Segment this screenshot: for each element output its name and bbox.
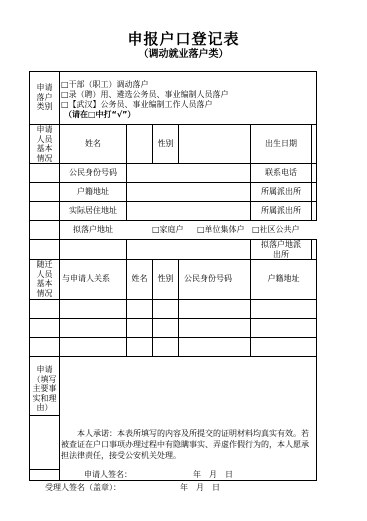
category-options: □干部（职工）调动落户 □录（聘）用、遴选公务员、事业编制人员落户 □【武汉】公… <box>61 80 229 120</box>
category-option-transfer[interactable]: □干部（职工）调动落户 <box>61 80 229 90</box>
table-right-border-bottom <box>316 239 317 481</box>
table-bottom-border <box>29 480 317 481</box>
col-line <box>311 239 312 259</box>
huji-address-field[interactable] <box>127 183 250 201</box>
target-type-unit[interactable]: □单位集体户 <box>197 225 245 235</box>
target-police-label: 拟落户地派出所 <box>251 240 311 259</box>
applicant-signature-label: 申请人签名： <box>84 470 132 480</box>
category-option-wuhan[interactable]: □【武汉】公务员、事业编制工作人员落户 <box>61 100 229 110</box>
row-line <box>29 469 59 470</box>
applicant-signature-field[interactable] <box>128 468 188 480</box>
reason-label: 申请（填写主要事实和理由） <box>30 365 59 413</box>
applicant-date: 年 月 日 <box>193 470 233 480</box>
page-subtitle: （调动就业落户类） <box>0 45 367 60</box>
col-header-id: 公民身份号码 <box>184 274 232 284</box>
pledge-text: 本人承诺：本表所填写的内容及所提交的证明材料均真实有效。若被查证在户口事项办理过… <box>61 428 314 461</box>
residence-address-field[interactable] <box>127 202 250 220</box>
family-row-2[interactable] <box>60 319 316 337</box>
receiver-signature-label: 受理人签名（盖章）： <box>45 483 121 493</box>
col-header-huji: 户籍地址 <box>251 274 316 284</box>
category-option-hire[interactable]: □录（聘）用、遴选公务员、事业编制人员落户 <box>61 90 229 100</box>
name-label: 姓名 <box>60 139 126 149</box>
family-row-1[interactable] <box>60 300 316 318</box>
family-row-3[interactable] <box>60 338 316 356</box>
row-line <box>29 220 317 221</box>
row-line <box>29 415 59 416</box>
row-line <box>29 259 317 260</box>
row-line <box>29 124 317 125</box>
birth-date-label: 出生日期 <box>251 139 311 149</box>
label-col-divider <box>59 71 60 481</box>
reason-field[interactable] <box>60 357 316 407</box>
target-type-family[interactable]: □家庭户 <box>152 225 184 235</box>
col-header-relation: 与申请人关系 <box>62 274 110 284</box>
residence-police-label: 所属派出所 <box>251 206 311 216</box>
table-right-border-top <box>316 71 317 221</box>
id-number-field[interactable] <box>127 164 250 182</box>
residence-address-label: 实际居住地址 <box>60 206 126 216</box>
applicant-section-label: 申请人员基本情况 <box>30 125 59 163</box>
gender-field[interactable] <box>179 125 250 163</box>
category-label: 申请落户类别 <box>30 83 59 112</box>
huji-address-label: 户籍地址 <box>60 187 126 197</box>
category-hint: （请在□中打“√”） <box>61 110 229 120</box>
family-section-label: 随迁人员基本情况 <box>30 260 59 298</box>
phone-label: 联系电话 <box>251 168 311 178</box>
target-type-community[interactable]: □社区公共户 <box>252 225 300 235</box>
name-field[interactable] <box>127 125 152 163</box>
huji-police-label: 所属派出所 <box>251 187 311 197</box>
table-top-border <box>29 71 317 72</box>
col-line <box>311 124 312 220</box>
target-address-label: 拟落户地址 <box>60 225 126 235</box>
receiver-date: 年 月 日 <box>180 483 220 493</box>
gender-label: 性别 <box>153 139 178 149</box>
col-header-name: 姓名 <box>127 274 152 284</box>
id-number-label: 公民身份号码 <box>60 168 126 178</box>
col-line <box>126 239 127 259</box>
col-header-gender: 性别 <box>153 274 178 284</box>
